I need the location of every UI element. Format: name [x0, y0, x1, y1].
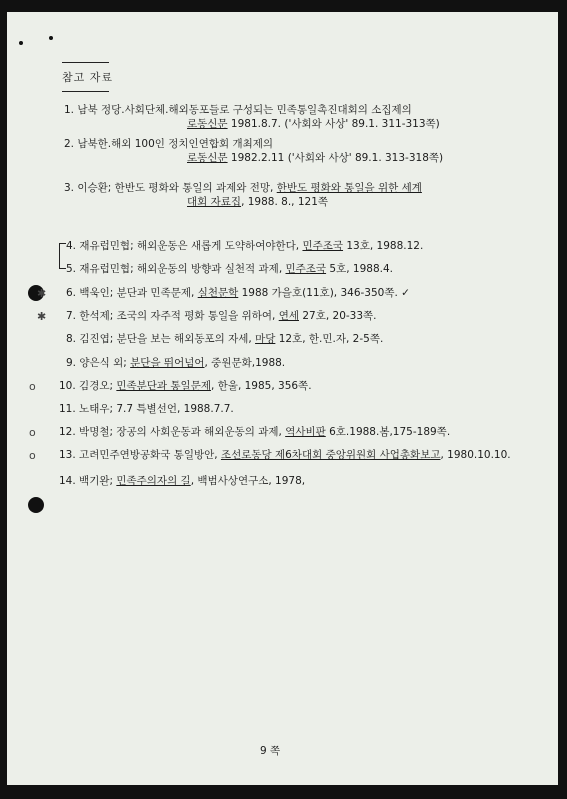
reference-source-title: 역사비판: [285, 426, 326, 438]
reference-item: 10. 김경오; 민족분단과 통일문제, 한울, 1985, 356쪽.: [59, 380, 312, 393]
reference-item: 8. 김진엽; 분단을 보는 해외동포의 자세, 마당 12호, 한.민.자, …: [66, 333, 383, 346]
reference-number: 13.: [59, 449, 79, 461]
reference-item: 2. 남북한.해외 100인 정치인연합회 개최제의로동신문 1982.2.11…: [64, 138, 273, 151]
reference-continuation: 로동신문 1981.8.7. ('사회와 사상' 89.1. 311-313쪽): [187, 118, 440, 131]
reference-number: 11.: [59, 403, 79, 415]
reference-text: 1988 가을호(11호), 346-350쪽. ✓: [238, 287, 410, 299]
reference-text: 1981.8.7. ('사회와 사상' 89.1. 311-313쪽): [228, 118, 440, 130]
reference-text: 이승환; 한반도 평화와 통일의 과제와 전망,: [77, 182, 276, 194]
reference-source-title: 마당: [255, 333, 275, 345]
reference-text: 양은식 외;: [79, 357, 130, 369]
reference-number: 10.: [59, 380, 79, 392]
reference-text: 12호, 한.민.자, 2-5쪽.: [275, 333, 383, 345]
handwritten-mark: o: [29, 426, 36, 439]
reference-number: 12.: [59, 426, 79, 438]
reference-text: 남북 정당.사회단체.해외동포들로 구성되는 민족통일촉진대회의 소집제의: [77, 104, 411, 116]
reference-source-title: 로동신문: [187, 152, 228, 164]
reference-text: 김진엽; 분단을 보는 해외동포의 자세,: [79, 333, 255, 345]
reference-number: 14.: [59, 475, 79, 487]
reference-text: 백욱인; 분단과 민족문제,: [79, 287, 197, 299]
reference-source-title: 연세: [279, 310, 299, 322]
document-page: 참고 자료 1. 남북 정당.사회단체.해외동포들로 구성되는 민족통일촉진대회…: [7, 12, 558, 785]
reference-text: , 한울, 1985, 356쪽.: [211, 380, 312, 392]
reference-source-title: 로동신문: [187, 118, 228, 130]
reference-text: 1982.2.11 ('사회와 사상' 89.1. 313-318쪽): [228, 152, 444, 164]
reference-text: , 1980.10.10.: [440, 449, 510, 461]
reference-item: 6. 백욱인; 분단과 민족문제, 실천문학 1988 가을호(11호), 34…: [66, 287, 410, 300]
reference-source-title: 실천문학: [198, 287, 239, 299]
reference-number: 6.: [66, 287, 79, 299]
handwritten-mark: ✱: [37, 287, 46, 300]
reference-text: 노태우; 7.7 특별선언, 1988.7.7.: [79, 403, 234, 415]
reference-item: 11. 노태우; 7.7 특별선언, 1988.7.7.: [59, 403, 234, 416]
reference-number: 8.: [66, 333, 79, 345]
reference-source-title: 대회 자료집: [187, 196, 241, 208]
reference-text: 백기완;: [79, 475, 116, 487]
reference-text: 재유럽민협; 해외운동은 새롭게 도약하여야한다,: [79, 240, 302, 252]
reference-text: 27호, 20-33쪽.: [299, 310, 377, 322]
reference-item: 5. 재유럽민협; 해외운동의 방향과 실천적 과제, 민주조국 5호, 198…: [66, 263, 393, 276]
reference-source-title: 민족분단과 통일문제: [116, 380, 211, 392]
reference-item: 13. 고려민주연방공화국 통일방안, 조선로동당 제6차대회 중앙위원회 사업…: [59, 449, 511, 462]
reference-item: 3. 이승환; 한반도 평화와 통일의 과제와 전망, 한반도 평화와 통일을 …: [64, 182, 422, 195]
reference-text: 고려민주연방공화국 통일방안,: [79, 449, 221, 461]
reference-item: 1. 남북 정당.사회단체.해외동포들로 구성되는 민족통일촉진대회의 소집제의…: [64, 104, 412, 117]
reference-text: 6호.1988.봄,175-189쪽.: [326, 426, 450, 438]
reference-text: 박명철; 장공의 사회운동과 해외운동의 과제,: [79, 426, 285, 438]
reference-item: 12. 박명철; 장공의 사회운동과 해외운동의 과제, 역사비판 6호.198…: [59, 426, 450, 439]
reference-item: 14. 백기완; 민족주의자의 길, 백범사상연구소, 1978,: [59, 475, 305, 488]
reference-text: 남북한.해외 100인 정치인연합회 개최제의: [77, 138, 273, 150]
reference-number: 4.: [66, 240, 79, 252]
reference-text: 한석제; 조국의 자주적 평화 통일을 위하여,: [79, 310, 278, 322]
reference-source-title: 민주조국: [286, 263, 327, 275]
reference-source-title: 분단을 뛰어넘어: [130, 357, 204, 369]
reference-source-title: 민족주의자의 길: [116, 475, 190, 487]
handwritten-mark: o: [29, 380, 36, 393]
reference-text: 13호, 1988.12.: [343, 240, 423, 252]
reference-text: , 백범사상연구소, 1978,: [191, 475, 305, 487]
reference-number: 1.: [64, 104, 77, 116]
reference-item: 7. 한석제; 조국의 자주적 평화 통일을 위하여, 연세 27호, 20-3…: [66, 310, 377, 323]
handwritten-mark: o: [29, 449, 36, 462]
reference-continuation: 대회 자료집, 1988. 8., 121쪽: [187, 196, 328, 209]
reference-number: 9.: [66, 357, 79, 369]
reference-item: 4. 재유럽민협; 해외운동은 새롭게 도약하여야한다, 민주조국 13호, 1…: [66, 240, 423, 253]
reference-text: 재유럽민협; 해외운동의 방향과 실천적 과제,: [79, 263, 285, 275]
reference-source-title: 한반도 평화와 통일을 위한 세계: [277, 182, 422, 194]
reference-text: , 1988. 8., 121쪽: [241, 196, 328, 208]
reference-number: 7.: [66, 310, 79, 322]
reference-text: 5호, 1988.4.: [326, 263, 393, 275]
reference-number: 3.: [64, 182, 77, 194]
reference-list: 1. 남북 정당.사회단체.해외동포들로 구성되는 민족통일촉진대회의 소집제의…: [7, 12, 558, 785]
reference-text: 김경오;: [79, 380, 116, 392]
reference-number: 5.: [66, 263, 79, 275]
reference-number: 2.: [64, 138, 77, 150]
reference-continuation: 로동신문 1982.2.11 ('사회와 사상' 89.1. 313-318쪽): [187, 152, 443, 165]
handwritten-mark: ✱: [37, 310, 46, 323]
reference-text: , 중원문화,1988.: [205, 357, 286, 369]
reference-source-title: 조선로동당 제6차대회 중앙위원회 사업총화보고: [221, 449, 441, 461]
reference-item: 9. 양은식 외; 분단을 뛰어넘어, 중원문화,1988.: [66, 357, 285, 370]
reference-source-title: 민주조국: [302, 240, 343, 252]
page-number: 9 쪽: [260, 743, 280, 758]
